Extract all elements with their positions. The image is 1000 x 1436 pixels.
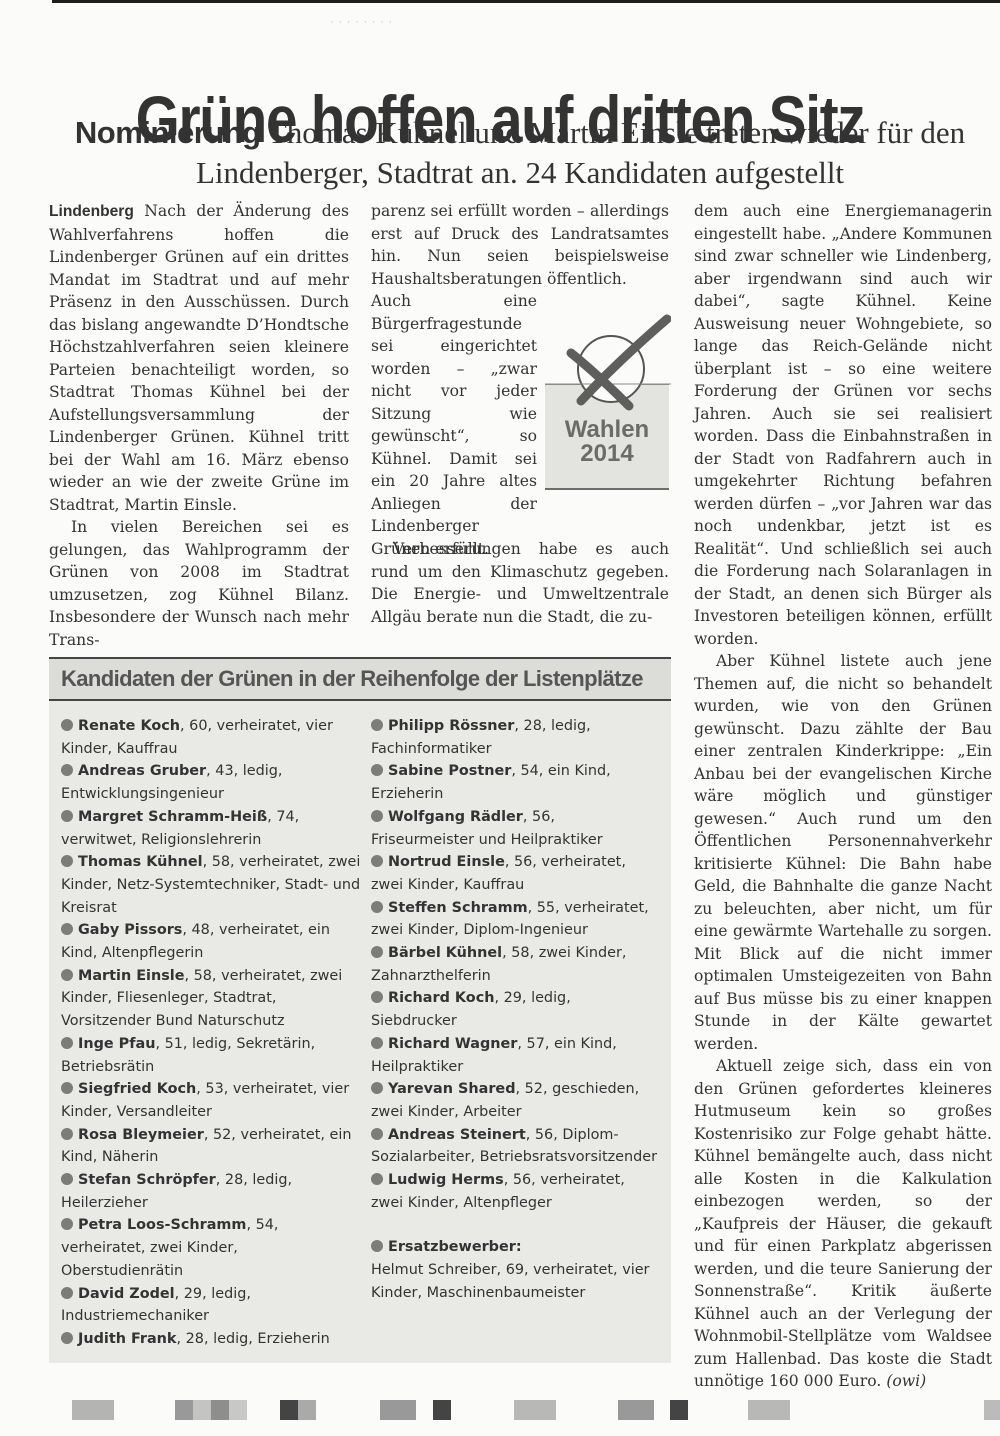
bullet-icon — [371, 855, 383, 867]
bullet-icon — [371, 719, 383, 731]
bullet-icon — [371, 1037, 383, 1049]
bullet-icon — [371, 1128, 383, 1140]
dateline: Lindenberg — [49, 203, 134, 220]
candidate-name: Steffen Schramm — [388, 900, 528, 916]
candidate-item: Stefan Schröpfer, 28, ledig, Heilerziehe… — [61, 1169, 361, 1214]
candidate-item: Nortrud Einsle, 56, verheiratet, zwei Ki… — [371, 851, 661, 896]
candidate-name: Martin Einsle — [78, 968, 184, 984]
graphic-label-line1: Wahlen — [545, 418, 669, 442]
bullet-icon — [61, 810, 73, 822]
ballot-cross-icon — [541, 313, 671, 423]
candidate-item: Richard Koch, 29, ledig, Siebdrucker — [371, 987, 661, 1032]
bleed-through-text: · · · · · · · · — [330, 14, 393, 28]
paragraph-text: Aktuell zeige sich, dass ein von den Grü… — [694, 1057, 992, 1390]
candidate-item: Andreas Gruber, 43, ledig, Entwicklungsi… — [61, 760, 361, 805]
graphic-label: Wahlen 2014 — [545, 418, 669, 466]
bullet-icon — [371, 1173, 383, 1185]
registration-mark — [984, 1400, 1000, 1420]
candidate-item: Sabine Postner, 54, ein Kind, Erzieherin — [371, 760, 661, 805]
candidate-item: Wolfgang Rädler, 56, Friseurmeister und … — [371, 806, 661, 851]
candidates-list-left: Renate Koch, 60, verheiratet, vier Kinde… — [61, 715, 361, 1351]
bullet-icon — [61, 1037, 73, 1049]
candidate-name: Nortrud Einsle — [388, 854, 505, 870]
bullet-icon — [371, 1082, 383, 1094]
candidate-name: Siegfried Koch — [78, 1081, 196, 1097]
bullet-icon — [61, 719, 73, 731]
spacer — [371, 1214, 661, 1236]
bullet-icon — [61, 923, 73, 935]
article-column-2-wrap: Auch eine Bürgerfragestunde sei eingeric… — [371, 290, 537, 560]
paragraph-text: Nach der Änderung des Wahlverfahrens hof… — [49, 202, 349, 514]
candidate-item: Margret Schramm-Heiß, 74, verwitwet, Rel… — [61, 806, 361, 851]
candidate-item: Siegfried Koch, 53, verheiratet, vier Ki… — [61, 1078, 361, 1123]
candidate-item: Richard Wagner, 57, ein Kind, Heilprakti… — [371, 1033, 661, 1078]
registration-mark — [514, 1400, 556, 1420]
candidate-item: Yarevan Shared, 52, geschieden, zwei Kin… — [371, 1078, 661, 1123]
registration-mark — [72, 1400, 114, 1420]
registration-mark — [748, 1400, 790, 1420]
registration-mark — [298, 1400, 316, 1420]
candidate-item: Martin Einsle, 58, verheiratet, zwei Kin… — [61, 965, 361, 1033]
paragraph: In vielen Bereichen sei es gelungen, das… — [49, 516, 349, 651]
candidate-item: Renate Koch, 60, verheiratet, vier Kinde… — [61, 715, 361, 760]
candidate-details: , 28, ledig, Erzieherin — [177, 1331, 330, 1347]
candidate-item: Petra Loos-Schramm, 54, verheiratet, zwe… — [61, 1214, 361, 1282]
candidate-name: Judith Frank — [78, 1331, 177, 1347]
registration-mark — [229, 1400, 247, 1420]
candidate-name: Margret Schramm-Heiß — [78, 809, 267, 825]
candidate-item: Rosa Bleymeier, 52, verheiratet, ein Kin… — [61, 1124, 361, 1169]
candidate-item: Judith Frank, 28, ledig, Erzieherin — [61, 1328, 361, 1351]
candidate-name: Ludwig Herms — [388, 1172, 504, 1188]
candidate-name: Sabine Postner — [388, 763, 511, 779]
graphic-label-line2: 2014 — [545, 442, 669, 466]
article-column-1: Lindenberg Nach der Änderung des Wahlver… — [49, 200, 349, 651]
article-column-2-rest: Verbesserungen habe es auch rund um den … — [371, 538, 669, 628]
substitute-details: Helmut Schreiber, 69, verheiratet, vier … — [371, 1259, 661, 1304]
substitute-label: Ersatzbewerber: — [388, 1239, 522, 1255]
candidate-name: Philipp Rössner — [388, 718, 514, 734]
candidate-name: Yarevan Shared — [388, 1081, 516, 1097]
candidate-name: Bärbel Kühnel — [388, 945, 502, 961]
subhead-text: Thomas Kühnel und Martin Einsle treten w… — [196, 115, 965, 190]
registration-mark — [280, 1400, 298, 1420]
registration-mark — [380, 1400, 416, 1420]
article-column-3: dem auch eine Energiemanagerin eingestel… — [694, 200, 992, 1393]
paragraph: Aktuell zeige sich, dass ein von den Grü… — [694, 1055, 992, 1393]
registration-mark — [618, 1400, 654, 1420]
paragraph: Lindenberg Nach der Änderung des Wahlver… — [49, 200, 349, 516]
candidate-name: Inge Pfau — [78, 1036, 155, 1052]
registration-mark — [433, 1400, 451, 1420]
candidate-name: Richard Koch — [388, 990, 494, 1006]
candidate-item: Bärbel Kühnel, 58, zwei Kinder, Zahnarzt… — [371, 942, 661, 987]
paragraph: Verbesserungen habe es auch rund um den … — [371, 538, 669, 628]
candidate-name: Andreas Steinert — [388, 1127, 526, 1143]
candidates-box-title: Kandidaten der Grünen in der Reihenfolge… — [49, 657, 671, 701]
registration-mark — [670, 1400, 688, 1420]
candidate-item: Thomas Kühnel, 58, verheiratet, zwei Kin… — [61, 851, 361, 919]
candidate-item: Andreas Steinert, 56, Diplom-Sozialarbei… — [371, 1124, 661, 1169]
candidates-box: Kandidaten der Grünen in der Reihenfolge… — [49, 657, 671, 1363]
paragraph: Aber Kühnel listete auch jene Themen auf… — [694, 650, 992, 1055]
candidate-item: David Zodel, 29, ledig, Industriemechani… — [61, 1283, 361, 1328]
print-registration-marks — [0, 1375, 1000, 1435]
bullet-icon — [61, 969, 73, 981]
registration-mark — [175, 1400, 193, 1420]
bullet-icon — [61, 1173, 73, 1185]
article-column-2: parenz sei erfüllt worden – allerdings e… — [371, 200, 669, 290]
bullet-icon — [61, 1082, 73, 1094]
candidate-item: Gaby Pissors, 48, verheiratet, ein Kind,… — [61, 919, 361, 964]
registration-mark — [211, 1400, 229, 1420]
bullet-icon — [371, 946, 383, 958]
wahlen-2014-graphic: Wahlen 2014 — [541, 313, 671, 491]
candidate-name: Renate Koch — [78, 718, 180, 734]
bullet-icon — [371, 991, 383, 1003]
candidate-name: Richard Wagner — [388, 1036, 517, 1052]
registration-mark — [193, 1400, 211, 1420]
candidate-name: Andreas Gruber — [78, 763, 206, 779]
subhead-kicker: Nominierung — [75, 115, 261, 150]
candidate-name: Gaby Pissors — [78, 922, 182, 938]
bullet-icon — [61, 1218, 73, 1230]
candidates-list-right: Philipp Rössner, 28, ledig, Fachinformat… — [371, 715, 661, 1305]
candidate-name: David Zodel — [78, 1286, 175, 1302]
candidate-item: Philipp Rössner, 28, ledig, Fachinformat… — [371, 715, 661, 760]
paragraph: dem auch eine Energiemanagerin eingestel… — [694, 200, 992, 650]
bullet-icon — [61, 1128, 73, 1140]
paragraph: parenz sei erfüllt worden – allerdings e… — [371, 200, 669, 290]
bullet-icon — [61, 1332, 73, 1344]
candidate-name: Thomas Kühnel — [78, 854, 203, 870]
bullet-icon — [371, 810, 383, 822]
subheadline: Nominierung Thomas Kühnel und Martin Ein… — [60, 113, 980, 193]
bullet-icon — [371, 764, 383, 776]
candidate-name: Wolfgang Rädler — [388, 809, 523, 825]
top-rule — [52, 0, 1000, 3]
paragraph: Auch eine Bürgerfragestunde sei eingeric… — [371, 290, 537, 560]
bullet-icon — [61, 855, 73, 867]
bullet-icon — [371, 901, 383, 913]
bullet-icon — [61, 764, 73, 776]
substitute-item: Ersatzbewerber: — [371, 1236, 661, 1259]
candidate-name: Stefan Schröpfer — [78, 1172, 216, 1188]
candidate-name: Petra Loos-Schramm — [78, 1217, 246, 1233]
candidate-item: Inge Pfau, 51, ledig, Sekretärin, Betrie… — [61, 1033, 361, 1078]
bullet-icon — [61, 1287, 73, 1299]
bullet-icon — [371, 1240, 383, 1252]
candidate-item: Ludwig Herms, 56, verheiratet, zwei Kind… — [371, 1169, 661, 1214]
candidate-item: Steffen Schramm, 55, verheiratet, zwei K… — [371, 897, 661, 942]
candidate-name: Rosa Bleymeier — [78, 1127, 204, 1143]
